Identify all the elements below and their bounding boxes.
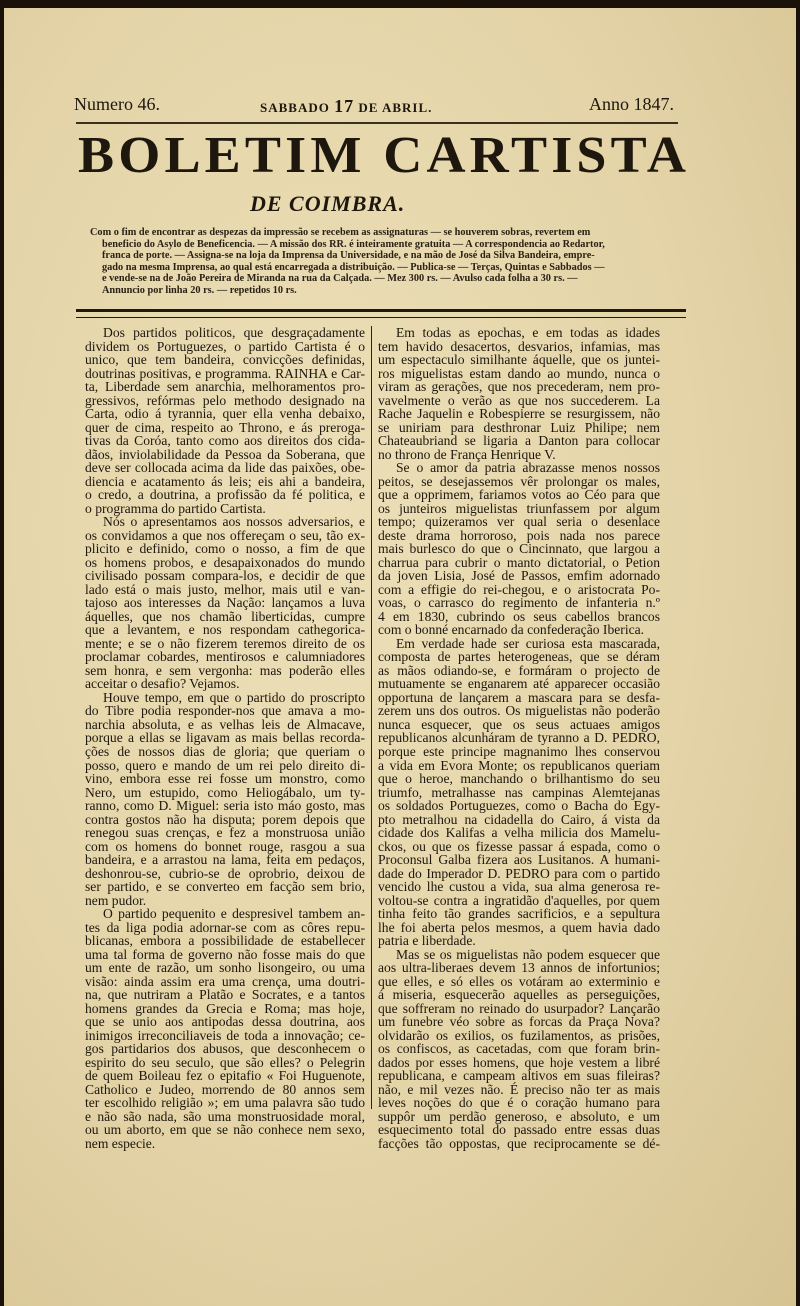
article-line: leves noções do que é o coração humano p… <box>378 1096 660 1110</box>
column-divider <box>371 326 372 1109</box>
article-line: homens grandes da Grecia e Roma; mas hoj… <box>85 1002 365 1016</box>
notice-line: e vende-se na de João Pereira de Miranda… <box>90 273 650 285</box>
article-line: civilisado possam compara-los, e decidir… <box>85 569 365 583</box>
article-line: um funebre véo sobre as forcas da Praça … <box>378 1015 660 1029</box>
article-line: narchia absoluta, e as velhas leis de Al… <box>85 718 365 732</box>
article-line: as mãos odiando-se, e formáram o project… <box>378 664 660 678</box>
article-line: republicanos alcunháram de tyranno a D. … <box>378 731 660 745</box>
article-line: zerem uns dos outros. Os miguelistas não… <box>378 704 660 718</box>
article-line: Rache Jaquelin e Robespierre se resurgis… <box>378 407 660 421</box>
article-line: Houve tempo, em que o partido do proscri… <box>85 691 365 705</box>
article-line: nunca esquecer, que os seus actuaes amig… <box>378 718 660 732</box>
article-line: os homens probos, e desapaixonados do mu… <box>85 556 365 570</box>
article-line: blicanas, embora a possibilidade de esta… <box>85 934 365 948</box>
article-line: Em todas as epochas, e em todas as idade… <box>378 326 660 340</box>
article-line: acceitar o desafio? Vejamos. <box>85 677 365 691</box>
date-weekday: SABBADO <box>260 100 330 115</box>
article-line: viram as gerações, que nos precederam, n… <box>378 380 660 394</box>
article-line: porque este principe magnanimo lhes cons… <box>378 745 660 759</box>
article-line: Dos partidos politicos, que desgraçadame… <box>85 326 365 340</box>
article-line: no throno de França Henrique V. <box>378 448 660 462</box>
article-line: Mas se os miguelistas não podem esquecer… <box>378 948 660 962</box>
article-line: tes da liga podia adornar-se com as côre… <box>85 921 365 935</box>
article-line: Proconsul Galba fizera aos Lusitanos. A … <box>378 853 660 867</box>
notice-line: Com o fim de encontrar as despezas da im… <box>90 227 650 239</box>
article-line: não, e mil vezes não. É preciso não ter … <box>378 1083 660 1097</box>
article-line: mente; e se o não fizerem teremos direit… <box>85 637 365 651</box>
issue-date: SABBADO 17 DE ABRIL. <box>260 96 432 117</box>
article-line: deshonrou-se, cubrio-se de oprobrio, dei… <box>85 867 365 881</box>
article-line: facções tão oppostas, que reciprocamente… <box>378 1137 660 1151</box>
article-line: ser partido, e se converteo em facção se… <box>85 880 365 894</box>
article-line: voltou-se contra a ingratidão d'aquelles… <box>378 894 660 908</box>
article-line: tajoso aos interesses da Nação: lançamos… <box>85 596 365 610</box>
article-line: gressivos, refórmas pelo methodo designa… <box>85 394 365 408</box>
notice-line: beneficio do Asylo de Beneficencia. — A … <box>90 239 650 251</box>
article-column-left: Dos partidos politicos, que desgraçadame… <box>85 326 365 1150</box>
notice-line: franca de porte. — Assigna-se na loja da… <box>90 250 650 262</box>
article-line: aos ultra-liberaes devem 13 annos de inf… <box>378 961 660 975</box>
masthead-info-line: Numero 46. SABBADO 17 DE ABRIL. Anno 184… <box>74 94 674 118</box>
article-line: inimigos irreconciliaveis de toda a inno… <box>85 1029 365 1043</box>
date-month: DE ABRIL. <box>358 100 432 115</box>
article-line: que soffreram no reinado do usurpador? L… <box>378 1002 660 1016</box>
article-line: de quem Boileau fez o epitafio « Foi Hug… <box>85 1069 365 1083</box>
article-line: da joven Lisia, José de Passos, emfim ad… <box>378 569 660 583</box>
article-line: o programma do partido Cartista. <box>85 502 365 516</box>
article-line: ckos, ou que os fizesse passar á espada,… <box>378 840 660 854</box>
article-line: lhe foi aberta pelos mesmos, a quem havi… <box>378 921 660 935</box>
issue-year: Anno 1847. <box>589 94 674 115</box>
article-line: deste drama horroroso, pois nada nos par… <box>378 529 660 543</box>
article-line: Nero, um estupido, como Heliogábalo, um … <box>85 786 365 800</box>
article-line: proclamar cobardes, mentirosos e calumni… <box>85 650 365 664</box>
article-line: que o heroe, manchando o brilhantismo do… <box>378 772 660 786</box>
article-line: um espectaculo similhante áquelle, que o… <box>378 353 660 367</box>
article-line: ranno, como D. Miguel: seria isto máo go… <box>85 799 365 813</box>
article-line: sem honra, e sem vergonha: mas poderão e… <box>85 664 365 678</box>
article-line: uma tal forma de governo não fosse mais … <box>85 948 365 962</box>
subscription-notice: Com o fim de encontrar as despezas da im… <box>90 227 650 297</box>
masthead-rule <box>76 122 678 124</box>
article-line: diencia e acatamento ás leis; eis ahi a … <box>85 475 365 489</box>
article-line: que a levantem, e nos respondam cathegor… <box>85 623 365 637</box>
notice-line: Annuncio por linha 20 rs. — repetidos 10… <box>90 285 650 297</box>
article-line: O partido pequenito e despresivel tambem… <box>85 907 365 921</box>
article-line: que elles, e só elles os votáram ao exte… <box>378 975 660 989</box>
article-line: tivas da Coróa, tanto como aos direitos … <box>85 434 365 448</box>
article-line: se uniriam para desthronar Luiz Philipe;… <box>378 421 660 435</box>
article-line: Em verdade hade ser curiosa esta mascara… <box>378 637 660 651</box>
article-line: ta, Liberdade sem anarchia, melhoramento… <box>85 380 365 394</box>
article-line: patria e liberdade. <box>378 934 660 948</box>
article-line: vino, embora esse rei fosse um monstro, … <box>85 772 365 786</box>
article-line: ter escolhido religião »; em uma palavra… <box>85 1096 365 1110</box>
article-line: os convidamos a que nos offereçam o seu,… <box>85 529 365 543</box>
article-line: unico, que tem bandeira, convicções defi… <box>85 353 365 367</box>
newspaper-page: Numero 46. SABBADO 17 DE ABRIL. Anno 184… <box>4 8 796 1306</box>
article-line: quer de cima, respeito ao Throno, e ás p… <box>85 421 365 435</box>
article-line: renegou suas crenças, e fez a monstruosa… <box>85 826 365 840</box>
notice-line: gado na mesma Imprensa, ao qual está enc… <box>90 262 650 274</box>
article-line: esquecimento total do passado entre essa… <box>378 1123 660 1137</box>
article-line: Nós o apresentamos aos nossos adversario… <box>85 515 365 529</box>
article-line: 4 em 1830, cubrindo os seus cabellos bra… <box>378 610 660 624</box>
article-line: republicana, e campeam altivos em suas f… <box>378 1069 660 1083</box>
article-line: triumfo, metralhasse nas campinas Alemte… <box>378 786 660 800</box>
article-line: com a effigie do rei-chegou, e o aristoc… <box>378 583 660 597</box>
article-line: mais burlesco do que o Cincinnato, que l… <box>378 542 660 556</box>
article-line: com os homens do bonnet rouge, rasgou a … <box>85 840 365 854</box>
article-line: Chateaubriand se ligaria a Danton para c… <box>378 434 660 448</box>
article-line: do Tibre podia responder-nos que amava a… <box>85 704 365 718</box>
article-line: tem havido desacertos, desvarios, infami… <box>378 340 660 354</box>
article-line: opportuna de lançarem a mascara para se … <box>378 691 660 705</box>
newspaper-title: BOLETIM CARTISTA <box>78 130 702 182</box>
article-line: ros miguelistas estam dando ao mundo, nu… <box>378 367 660 381</box>
article-line: vavelmente o verão as que nos succederem… <box>378 394 660 408</box>
article-line: á miseria, esquecerão aquelles as perseg… <box>378 988 660 1002</box>
article-line: nem pudor. <box>85 894 365 908</box>
article-line: plicito e definido, como o nosso, a fim … <box>85 542 365 556</box>
article-column-right: Em todas as epochas, e em todas as idade… <box>378 326 660 1150</box>
article-line: um ente de razão, um sonho lisongeiro, o… <box>85 961 365 975</box>
article-line: espirito do seu seculo, que são elles? o… <box>85 1056 365 1070</box>
article-line: a vida em Evora Monte; os republicanos q… <box>378 759 660 773</box>
article-line: dividem os Portuguezes, o partido Cartis… <box>85 340 365 354</box>
article-line: porque a ellas se ligavam as mais bellas… <box>85 731 365 745</box>
article-line: na, que nutriram a Platão e Socrates, e … <box>85 988 365 1002</box>
article-line: os confiscos, as cacetadas, com que fora… <box>378 1042 660 1056</box>
article-line: dãos, inviolabilidade da Pessoa da Sober… <box>85 448 365 462</box>
article-line: com o bonné encarnado da confederação Ib… <box>378 623 660 637</box>
date-day: 17 <box>334 96 354 116</box>
article-line: visão: ainda assim era uma crença, uma d… <box>85 975 365 989</box>
article-line: lado está o mais justo, melhor, mais uti… <box>85 583 365 597</box>
article-line: e não são nada, são uma monstruosidade m… <box>85 1110 365 1124</box>
article-line: áquelles, que nos chamão liberticidas, c… <box>85 610 365 624</box>
article-line: charrua para cubrir o manto dictatorial,… <box>378 556 660 570</box>
article-line: ou um aborto, em que se não conhece nem … <box>85 1123 365 1137</box>
article-line: os junteiros miguelistas triunfassem por… <box>378 502 660 516</box>
newspaper-subtitle: DE COIMBRA. <box>250 191 405 217</box>
article-line: peitos, se desejassemos vêr prolongar os… <box>378 475 660 489</box>
article-line: suppôr um perdão generoso, e absoluto, e… <box>378 1110 660 1124</box>
article-line: doutrinas positivas, e programma. RAINHA… <box>85 367 365 381</box>
article-line: olvidarão os exilios, os fuzilamentos, a… <box>378 1029 660 1043</box>
article-line: ções de nossos dias de gloria; que queri… <box>85 745 365 759</box>
article-line: Se o amor da patria abrazasse menos noss… <box>378 461 660 475</box>
article-line: pto metralhou na cidadella do Cairo, á v… <box>378 813 660 827</box>
article-line: tempo; quizeramos ver qual seria o desen… <box>378 515 660 529</box>
article-line: posso, quero e mando de um rei pelo dire… <box>85 759 365 773</box>
article-line: cidade dos Kalifas a velha milicia dos M… <box>378 826 660 840</box>
article-line: nem especie. <box>85 1137 365 1151</box>
article-line: os soldados Portuguezes, como o Bacha do… <box>378 799 660 813</box>
article-line: dade do Imperador D. PEDRO para com o pa… <box>378 867 660 881</box>
issue-number: Numero 46. <box>74 94 160 115</box>
article-line: Carta, odio á tyrannia, quer ella venha … <box>85 407 365 421</box>
article-line: bandeira, e a arrastou na lama, feita em… <box>85 853 365 867</box>
article-line: tinha feito tão grandes sacrificios, e a… <box>378 907 660 921</box>
article-line: vencido lhe custou a vida, sua alma gene… <box>378 880 660 894</box>
article-line: Catholico e Judeo, morrendo de 80 annos … <box>85 1083 365 1097</box>
article-line: voas, o carrasco do regimento de infante… <box>378 596 660 610</box>
article-line: que a opprimem, fariamos votos ao Céo pa… <box>378 488 660 502</box>
article-line: dados por esses homens, que hoje vestem … <box>378 1056 660 1070</box>
article-line: gos partidarios dos abusos, que desconhe… <box>85 1042 365 1056</box>
article-line: composta de partes heterogeneas, que se … <box>378 650 660 664</box>
article-line: contra gostos não ha disputa; porem depo… <box>85 813 365 827</box>
article-line: que se unio aos antipodas dessa doutrina… <box>85 1015 365 1029</box>
header-double-rule <box>76 309 686 318</box>
article-line: o credo, a doutrina, a profissão da fé p… <box>85 488 365 502</box>
article-line: mutuamente se enganarem até apparecer oc… <box>378 677 660 691</box>
article-line: deve ser collocada acima da lide das pai… <box>85 461 365 475</box>
